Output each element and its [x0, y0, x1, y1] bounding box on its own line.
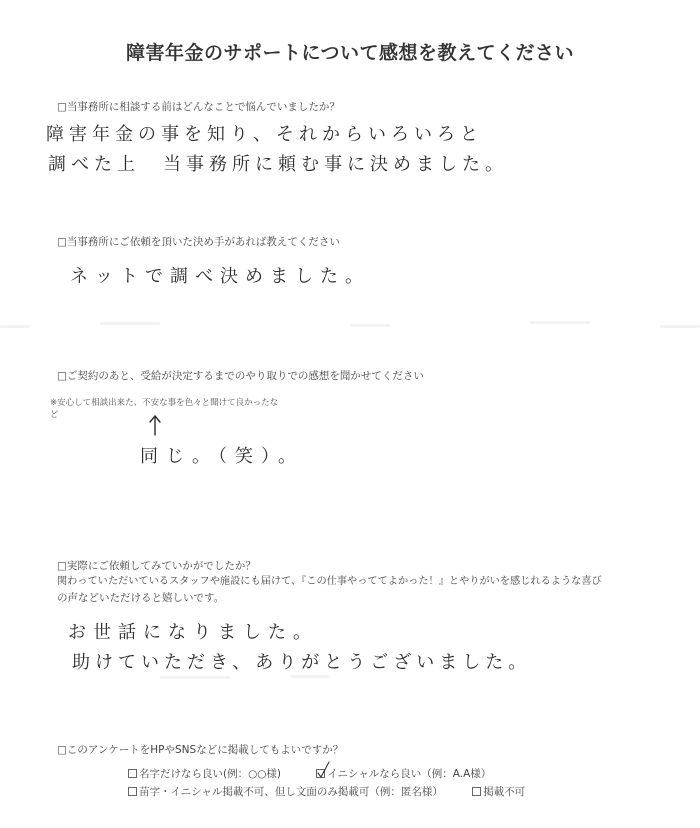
- question-4-prompt-line-2: の声などいただけると嬉しいです。: [57, 590, 224, 606]
- option-label: 掲載不可: [483, 784, 525, 799]
- option-label: 苗字・イニシャル掲載不可、但し文面のみ掲載可（例：匿名様）: [139, 784, 443, 799]
- question-1-answer-line-1: 障害年金の事を知り、それからいろいろと: [46, 120, 483, 146]
- question-3-answer-line-1: 同じ。（笑）。: [140, 442, 304, 468]
- scan-artifact: [100, 322, 160, 325]
- publish-options-row-1: 名字だけなら良い(例：○○様) イニシャルなら良い（例：A.A様）: [128, 766, 517, 781]
- question-3-prompt: □ご契約のあと、受給が決定するまでのやり取りでの感想を聞かせてください: [57, 368, 424, 384]
- option-label: 名字だけなら良い(例：○○様): [139, 766, 281, 781]
- publish-prompt: □このアンケートをHPやSNSなどに掲載してもよいですか？: [57, 742, 343, 758]
- scan-artifact: [530, 321, 590, 324]
- question-3-example-line-1: ※安心して相談出来た、不安な事を色々と聞けて良かったな: [50, 397, 278, 409]
- option-initials-only[interactable]: イニシャルなら良い（例：A.A様）: [316, 766, 491, 781]
- question-2-prompt: □当事務所にご依頼を頂いた決め手があれば教えてください: [57, 234, 340, 250]
- scan-artifact: [0, 325, 30, 328]
- checkbox-checked[interactable]: [316, 769, 325, 778]
- question-4-answer-line-1: お世話になりました。: [68, 618, 318, 644]
- question-3-example-line-2: ど: [50, 409, 59, 421]
- option-no-publish[interactable]: 掲載不可: [472, 784, 525, 799]
- survey-title: 障害年金のサポートについて感想を教えてください: [0, 38, 700, 65]
- checkbox-unchecked[interactable]: [128, 787, 137, 796]
- checkmark-icon: [316, 761, 330, 779]
- scan-artifact: [350, 324, 390, 327]
- question-1-answer-line-2: 調べた上 当事務所に頼む事に決めました。: [48, 150, 508, 176]
- checkbox-unchecked[interactable]: [128, 769, 137, 778]
- scan-artifact: [160, 676, 230, 679]
- question-1-prompt: □当事務所に相談する前はどんなことで悩んでいましたか？: [57, 99, 340, 115]
- option-surname-only[interactable]: 名字だけなら良い(例：○○様): [128, 766, 281, 781]
- checkbox-unchecked[interactable]: [472, 787, 481, 796]
- scan-artifact: [290, 675, 330, 678]
- question-4-prompt-line-1: 関わっていただいているスタッフや施設にも届けて、『この仕事やっててよかった！』と…: [57, 574, 602, 590]
- option-text-only[interactable]: 苗字・イニシャル掲載不可、但し文面のみ掲載可（例：匿名様）: [128, 784, 443, 799]
- publish-options-row-2: 苗字・イニシャル掲載不可、但し文面のみ掲載可（例：匿名様） 掲載不可: [128, 784, 551, 799]
- option-label: イニシャルなら良い（例：A.A様）: [327, 766, 491, 781]
- scan-artifact: [660, 325, 700, 328]
- question-4-prompt: □実際にご依頼してみていかがでしたか？: [57, 558, 256, 574]
- up-arrow-icon: [148, 414, 162, 436]
- question-4-answer-line-2: 助けていただき、ありがとうございました。: [72, 648, 531, 674]
- question-2-answer-line-1: ネットで調べ決めました。: [70, 262, 370, 288]
